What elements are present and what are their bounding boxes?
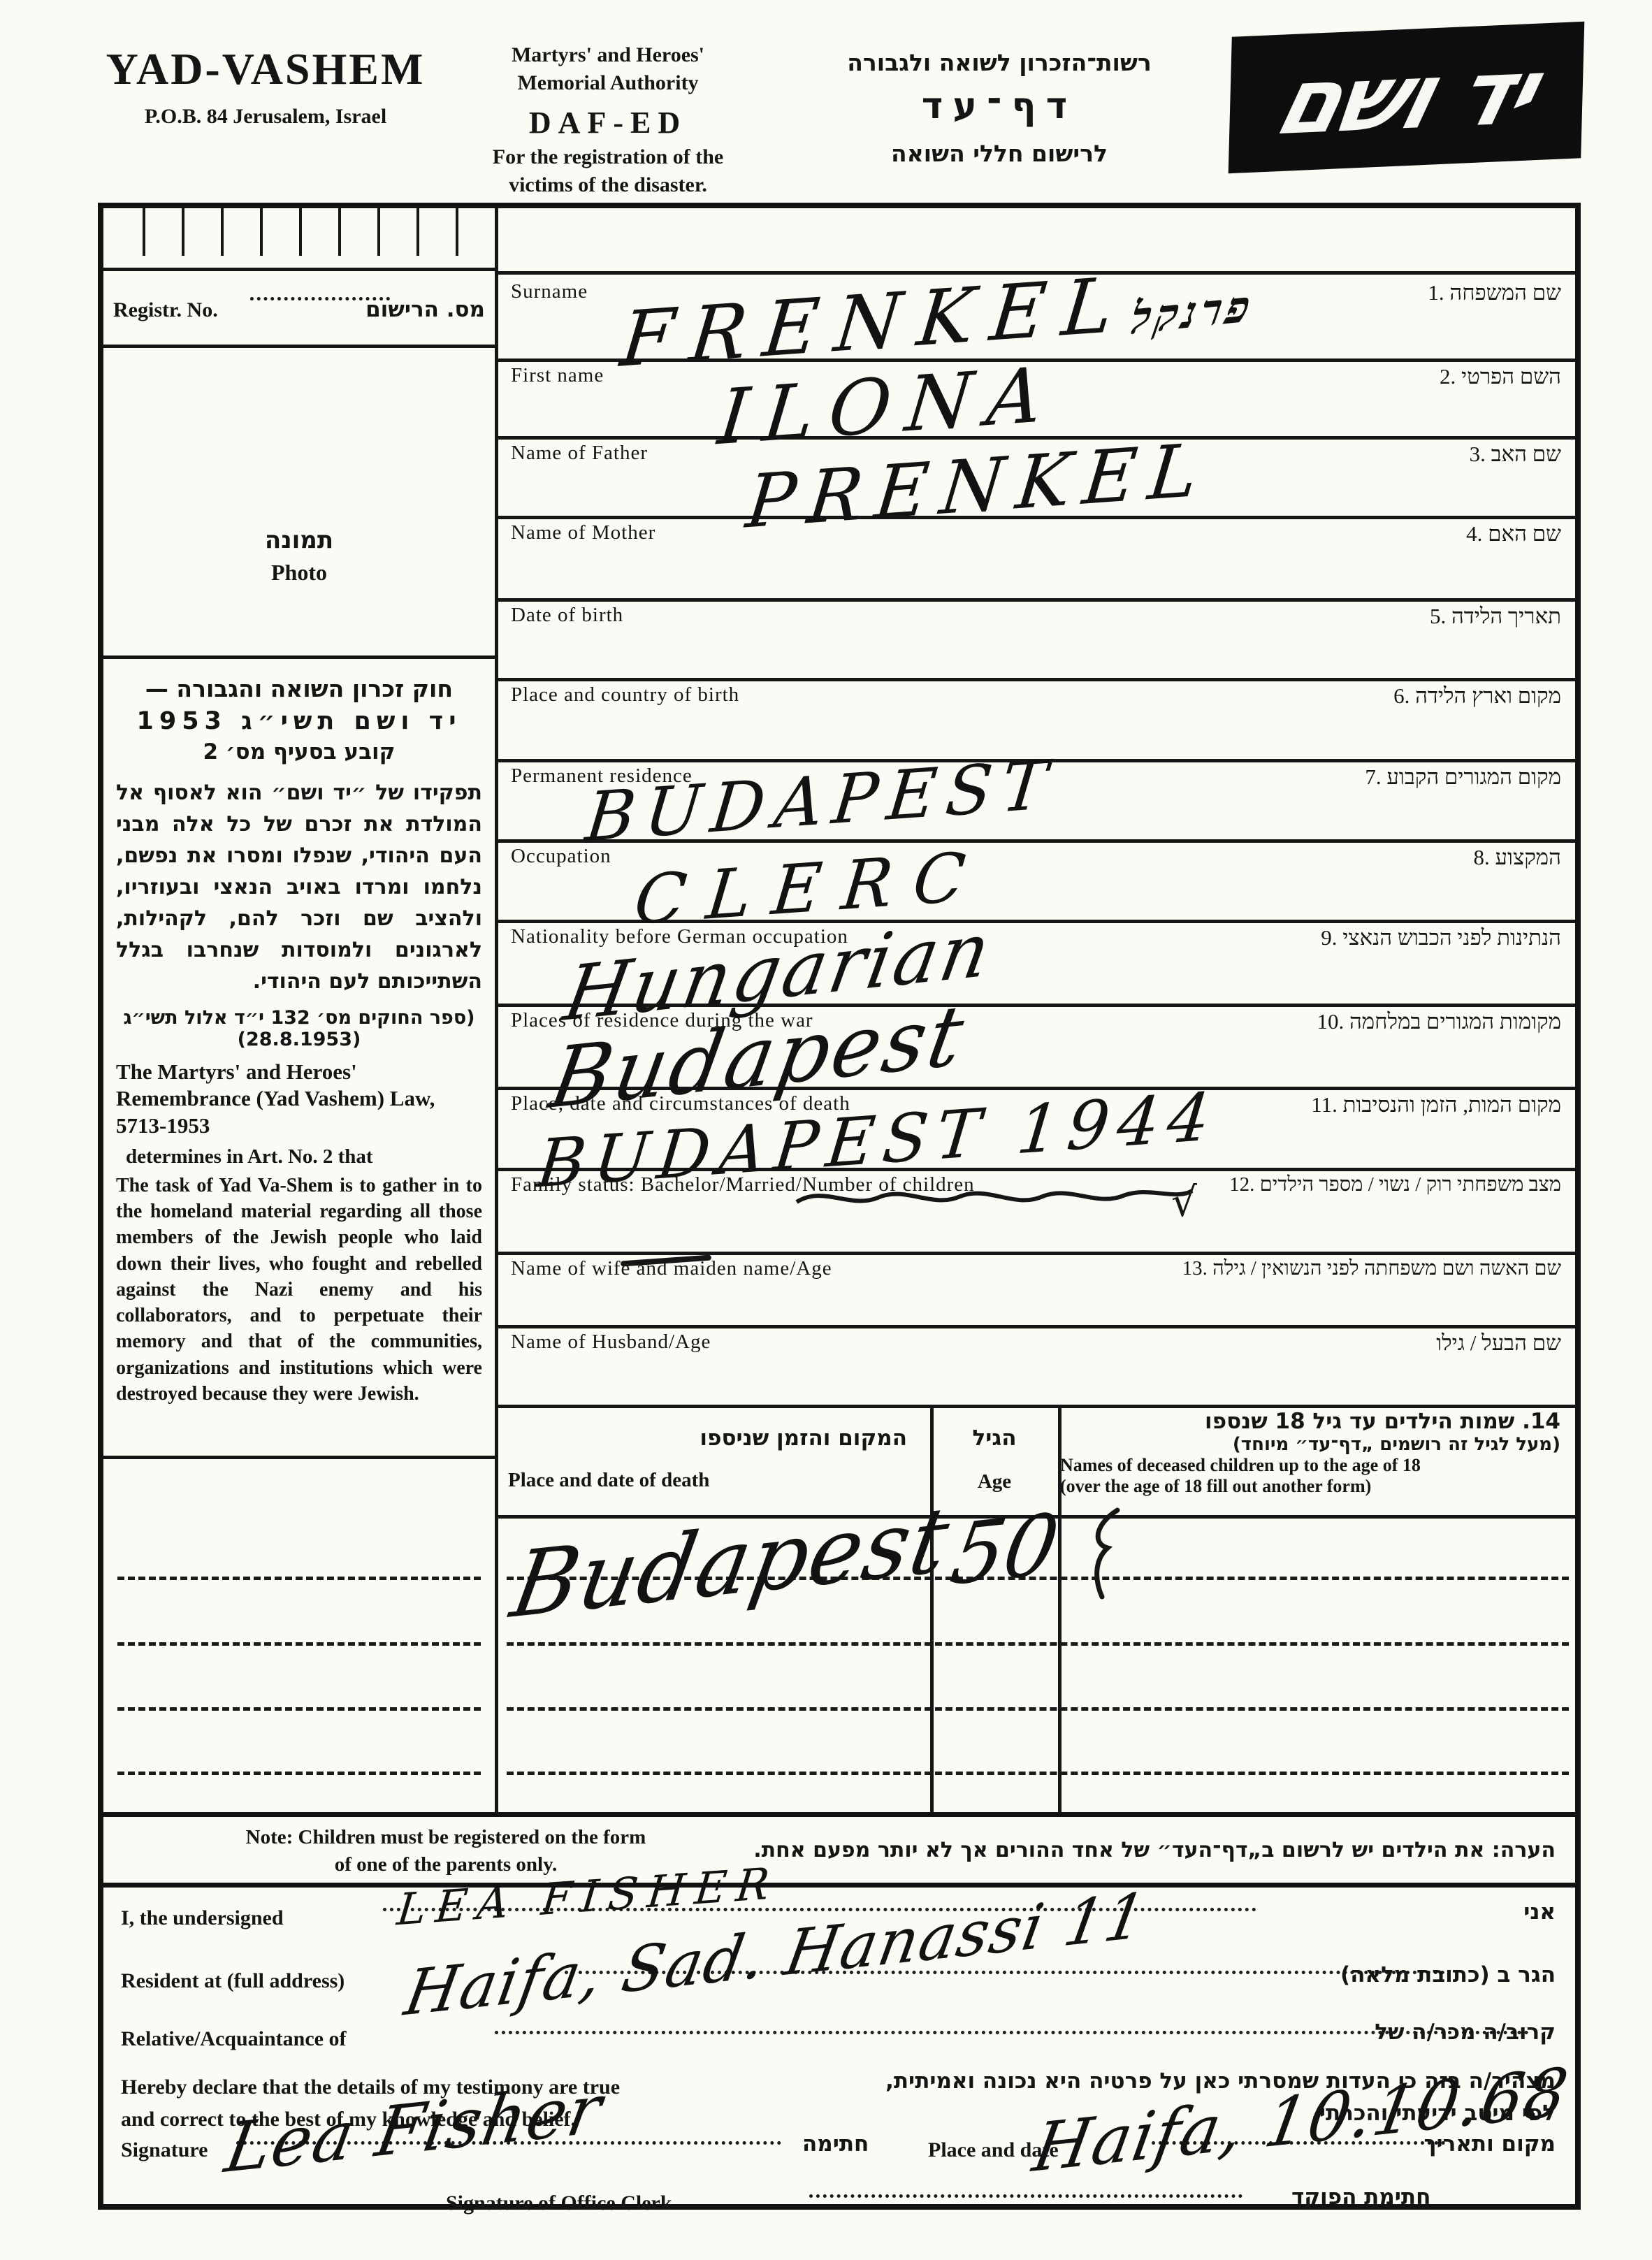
relative-label: Relative/Acquaintance of xyxy=(121,2027,346,2051)
child-name-squiggle-mark xyxy=(1078,1505,1134,1602)
note-row: Note: Children must be registered on the… xyxy=(103,1812,1575,1888)
org-name-hebrew: רשות־הזכרון לשואה ולגבורה xyxy=(804,49,1195,76)
place-header-he: המקום והזמן שניספו xyxy=(498,1426,928,1451)
table-col-line-1 xyxy=(930,1405,934,1812)
yad-vashem-logo: יד ושם xyxy=(1229,22,1585,173)
law-title-en: The Martyrs' and Heroes' Remembrance (Ya… xyxy=(116,1059,482,1140)
photo-label-he: תמונה xyxy=(103,526,495,554)
occupation-label-he: 8. המקצוע xyxy=(1473,845,1561,870)
signature-label: Signature xyxy=(121,2138,208,2162)
birth-date-label-he: 5. תאריך הלידה xyxy=(1430,604,1561,629)
registr-row: Registr. No. מס. הרישום xyxy=(103,275,495,348)
father-label-he: 3. שם האב xyxy=(1470,442,1561,467)
law-body-he: תפקידו של ״יד ושם״ הוא לאסוף אל המולדת א… xyxy=(116,777,482,997)
resident-label-he: הגר ב (כתובת מלאה) xyxy=(1340,1962,1556,1987)
family-status-label-he: 12. מצב משפחתי רוק / נשוי / מספר הילדים xyxy=(1229,1173,1561,1196)
left-blank-box xyxy=(103,1463,495,1812)
law-title-he-2: יד ושם תשי״ג 1953 xyxy=(116,705,482,738)
law-title-he-3: קובע בסעיף מס׳ 2 xyxy=(116,738,482,767)
form-row-husband: Name of Husband/Age שם הבעל / גילו xyxy=(498,1325,1575,1408)
form-body: Registr. No. מס. הרישום תמונה Photo חוק … xyxy=(98,203,1581,2210)
children-title-en: Names of deceased children up to the age… xyxy=(1060,1455,1570,1476)
relative-label-he: קרוב/ה מכר/ה של xyxy=(1375,2020,1556,2045)
form-row-birth-date: Date of birth 5. תאריך הלידה xyxy=(498,598,1575,681)
clerk-label: Signature of Office Clerk xyxy=(446,2192,672,2215)
org-address: P.O.B. 84 Jerusalem, Israel xyxy=(84,105,447,129)
relative-line xyxy=(495,2031,1529,2034)
law-sub-en: determines in Art. No. 2 that xyxy=(126,1145,482,1168)
undersigned-label: I, the undersigned xyxy=(121,1906,284,1930)
law-title-he-1: חוק זכרון השואה והגבורה — xyxy=(116,674,482,705)
law-ref-he-1: (ספר החוקים מס׳ 132 י״ד אלול תשי״ג xyxy=(116,1007,482,1029)
form-code: DAF-ED xyxy=(433,105,783,140)
signature-label-he: חתימה xyxy=(802,2131,869,2157)
children-sub-he: (מעל לגיל זה רושמים „דף־עד״ מיוחד) xyxy=(1060,1434,1570,1455)
birth-date-label-en: Date of birth xyxy=(511,604,623,627)
registr-label-en: Registr. No. xyxy=(113,298,218,322)
surname-label-he: 1. שם המשפחה xyxy=(1428,280,1561,305)
surname-label-en: Surname xyxy=(511,280,588,303)
registr-grid xyxy=(103,208,495,271)
org-name: YAD-VASHEM xyxy=(91,43,440,95)
family-status-check: √ xyxy=(1171,1178,1197,1226)
form-row-mother: Name of Mother 4. שם האם xyxy=(498,516,1575,602)
form-code-hebrew: דף־עד xyxy=(804,85,1195,127)
family-status-strike-mark xyxy=(795,1181,1194,1210)
photo-box: תמונה Photo xyxy=(103,352,495,659)
age-header-he: הגיל xyxy=(932,1426,1057,1451)
undersigned-label-he: אני xyxy=(1523,1899,1556,1925)
authority-line1: Martyrs' and Heroes' xyxy=(433,43,783,67)
war-residence-label-he: 10. מקומות המגורים במלחמה xyxy=(1317,1009,1561,1034)
handwriting-surname-hebrew: פרנקל xyxy=(1127,284,1258,341)
mother-label-he: 4. שם האם xyxy=(1466,521,1561,546)
place-header-en: Place and date of death xyxy=(498,1469,928,1492)
purpose-hebrew: לרישום חללי השואה xyxy=(804,140,1195,167)
law-text-box: חוק זכרון השואה והגבורה — יד ושם תשי״ג 1… xyxy=(103,662,495,1459)
page-header: YAD-VASHEM P.O.B. 84 Jerusalem, Israel M… xyxy=(0,0,1652,203)
daf-ed-testimony-page: YAD-VASHEM P.O.B. 84 Jerusalem, Israel M… xyxy=(0,0,1652,2260)
age-column-header: הגיל Age xyxy=(932,1426,1057,1493)
law-ref-he-2: (28.8.1953) xyxy=(116,1029,482,1050)
first-name-label-en: First name xyxy=(511,364,604,387)
clerk-label-he: חתימת הפוקד xyxy=(1291,2185,1430,2210)
purpose-line2: victims of the disaster. xyxy=(433,173,783,197)
handwriting-child-age: 50 xyxy=(945,1502,1065,1598)
purpose-line1: For the registration of the xyxy=(433,145,783,169)
birth-place-label-he: 6. מקום וארץ הלידה xyxy=(1393,683,1561,709)
place-column-header: המקום והזמן שניספו Place and date of dea… xyxy=(498,1426,928,1492)
residence-label-he: 7. מקום המגורים הקבוע xyxy=(1365,765,1561,790)
death-label-he: 11. מקום המות, הזמן והנסיבות xyxy=(1311,1092,1561,1117)
children-title-he: 14. שמות הילדים עד גיל 18 שנספו xyxy=(1060,1409,1570,1434)
registr-label-he: מס. הרישום xyxy=(365,297,485,322)
photo-label-en: Photo xyxy=(103,560,495,586)
resident-label: Resident at (full address) xyxy=(121,1969,345,1993)
wife-label-he: 13. שם האשה ושם משפחתה לפני הנשואין / גי… xyxy=(1182,1257,1561,1280)
husband-label-en: Name of Husband/Age xyxy=(511,1331,711,1354)
father-label-en: Name of Father xyxy=(511,442,648,465)
table-col-line-2 xyxy=(1058,1405,1062,1812)
first-name-label-he: 2. השם הפרטי xyxy=(1440,364,1561,389)
birth-place-label-en: Place and country of birth xyxy=(511,683,739,707)
children-sub-en: (over the age of 18 fill out another for… xyxy=(1060,1476,1570,1497)
nationality-label-he: 9. הנתינות לפני הכבוש הנאצי xyxy=(1321,925,1561,950)
note-he: הערה: את הילדים יש לרשום ב„דף־העד״ של אח… xyxy=(521,1838,1556,1862)
mother-label-en: Name of Mother xyxy=(511,521,655,544)
authority-line2: Memorial Authority xyxy=(433,71,783,95)
clerk-line xyxy=(809,2194,1242,2198)
yad-vashem-logo-text: יד ושם xyxy=(1266,39,1547,156)
children-names-header: 14. שמות הילדים עד גיל 18 שנספו (מעל לגי… xyxy=(1060,1409,1570,1497)
husband-label-he: שם הבעל / גילו xyxy=(1436,1331,1561,1356)
law-body-en: The task of Yad Va-Shem is to gather in … xyxy=(116,1173,482,1407)
